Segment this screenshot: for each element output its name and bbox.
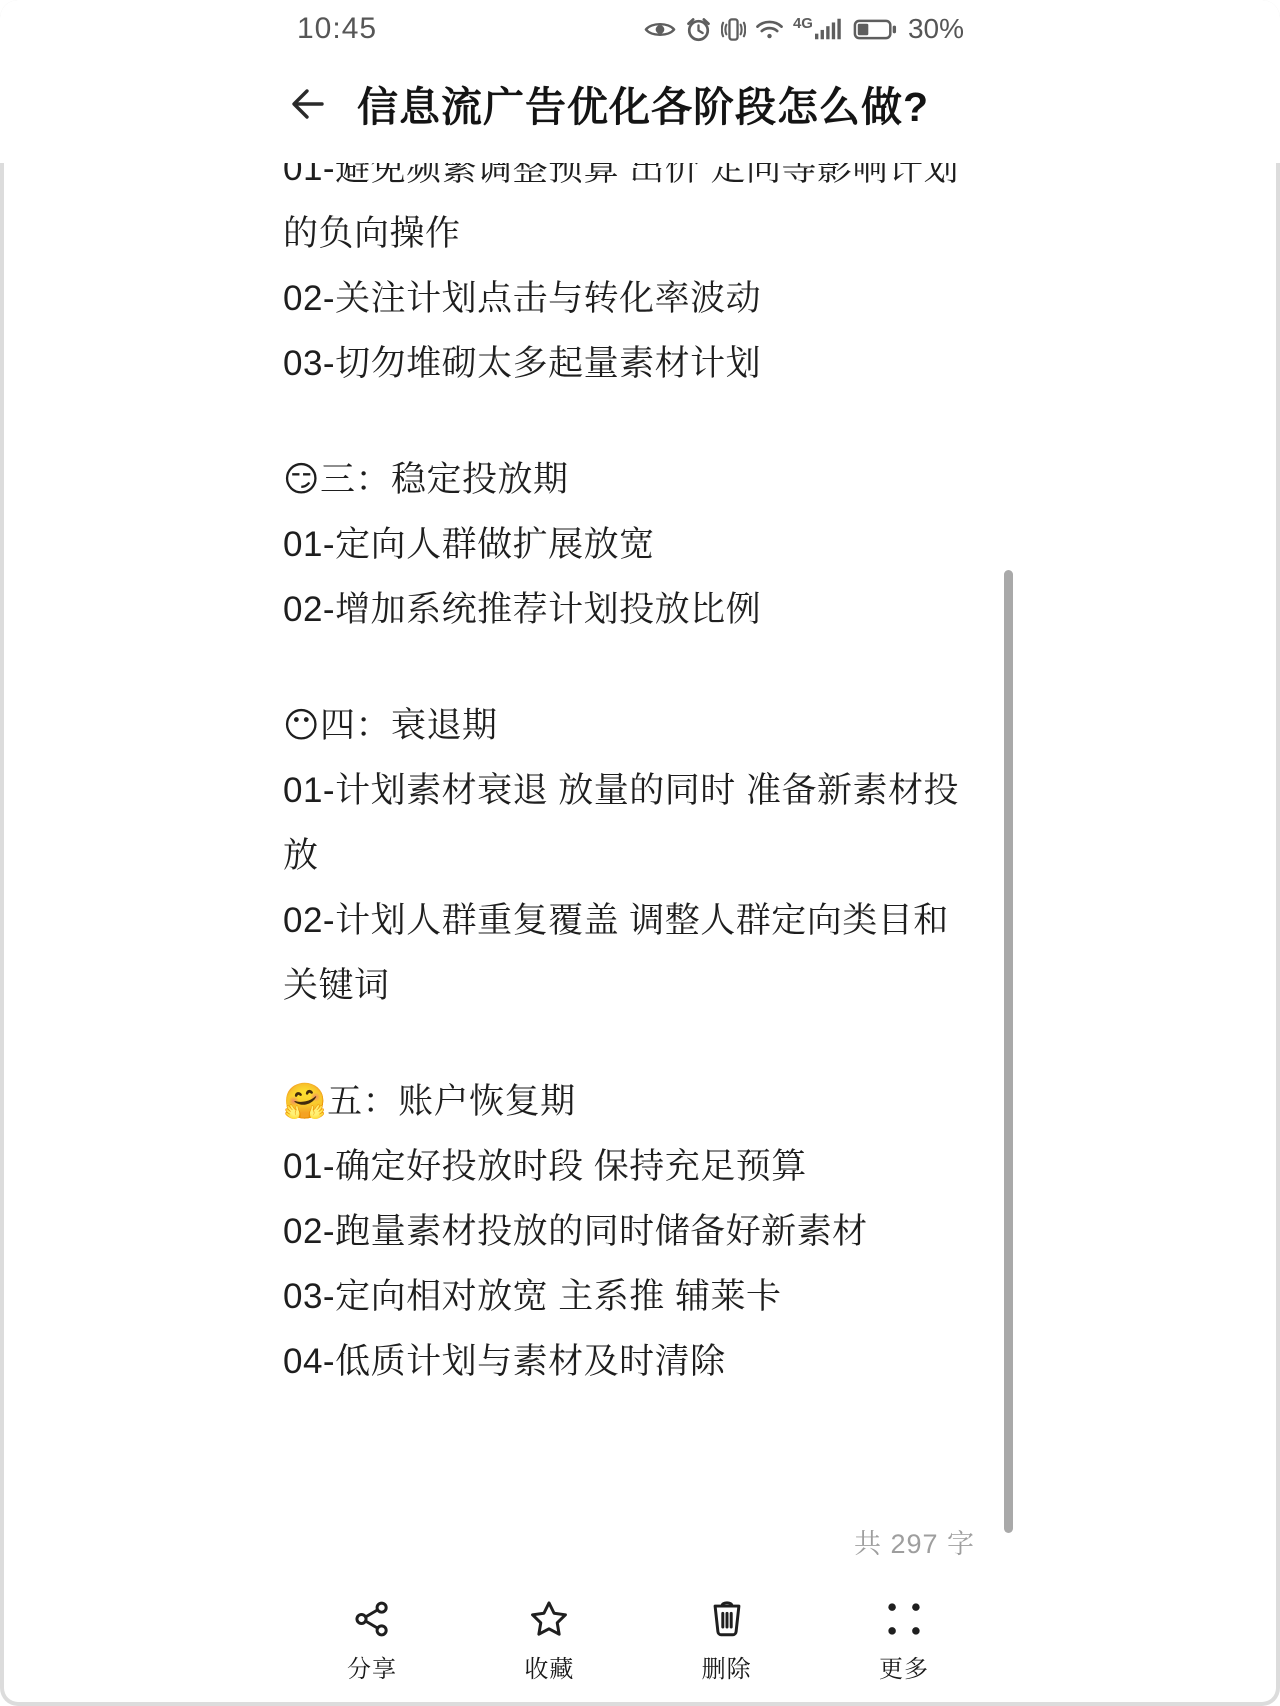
clock: 10:45 [297,12,377,46]
page-title: 信息流广告优化各阶段怎么做? [357,74,929,133]
note-line: 放 [283,823,959,888]
note-line: 01-定向人群做扩展放宽 [283,512,959,577]
note-line: 😶四：衰退期 [283,693,959,758]
signal-4g-icon: 4G [793,15,844,43]
toolbar-label: 删除 [702,1649,752,1684]
bottom-toolbar: 分享收藏删除更多 [322,1598,954,1684]
status-bar: 10:45 4G [297,10,964,48]
note-line: 01-计划素材衰退 放量的同时 准备新素材投 [283,758,959,823]
toolbar-delete-button[interactable]: 删除 [677,1598,777,1684]
toolbar-favorite-button[interactable]: 收藏 [499,1598,599,1684]
wifi-icon [755,17,784,42]
vibrate-icon [721,16,746,43]
back-button[interactable] [285,81,331,127]
toolbar-share-button[interactable]: 分享 [322,1598,422,1684]
eye-comfort-icon [644,18,676,41]
alarm-icon [685,16,712,43]
status-icons: 4G [644,13,964,45]
signal-bars-icon [814,15,844,43]
toolbar-label: 更多 [879,1649,929,1684]
note-line: 03-切勿堆砌太多起量素材计划 [283,331,959,396]
note-content[interactable]: 01-避免频繁调整预算 出价 定向等影响计划的负向操作02-关注计划点击与转化率… [283,136,959,1394]
note-line: 02-跑量素材投放的同时储备好新素材 [283,1199,959,1264]
scrollbar-thumb[interactable] [1004,570,1013,1533]
note-line: 01-确定好投放时段 保持充足预算 [283,1134,959,1199]
toolbar-label: 分享 [347,1649,397,1684]
toolbar-label: 收藏 [524,1649,574,1684]
back-arrow-icon [286,82,330,126]
star-icon [528,1598,570,1640]
note-line: 的负向操作 [283,201,959,266]
note-line: 04-低质计划与素材及时清除 [283,1329,959,1394]
trash-icon [706,1598,748,1640]
network-type-label: 4G [793,16,813,31]
note-line: 02-增加系统推荐计划投放比例 [283,577,959,642]
note-line: 😏三：稳定投放期 [283,447,959,512]
word-count: 共 297 字 [854,1522,975,1561]
battery-percent: 30% [908,13,964,45]
share-icon [351,1598,393,1640]
note-line: 🤗五：账户恢复期 [283,1069,959,1134]
note-line: 03-定向相对放宽 主系推 辅莱卡 [283,1264,959,1329]
note-line: 02-计划人群重复覆盖 调整人群定向类目和 [283,888,959,953]
notes-app-screen: 01-避免频繁调整预算 出价 定向等影响计划的负向操作02-关注计划点击与转化率… [0,0,1280,1706]
note-line: 02-关注计划点击与转化率波动 [283,266,959,331]
status-icon-group [644,16,784,43]
header: 10:45 4G [0,0,1280,163]
battery-icon [853,17,897,42]
toolbar-more-button[interactable]: 更多 [854,1598,954,1684]
more-icon [883,1598,925,1640]
note-line: 关键词 [283,953,959,1018]
